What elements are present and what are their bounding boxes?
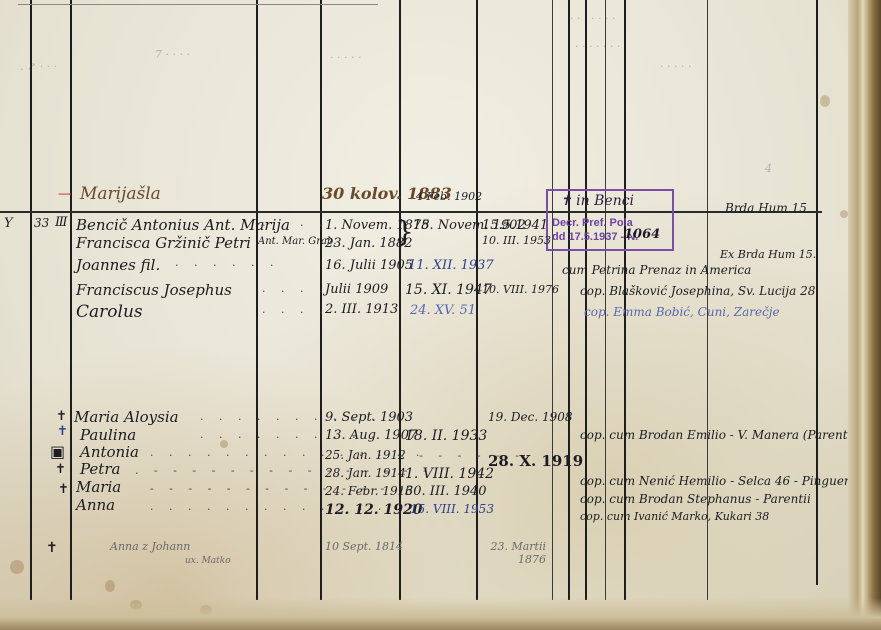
member-note: cop. Blašković Josephina, Sv. Lucija 28. bbox=[580, 284, 819, 298]
member-marriage: 1. VIII. 1942 bbox=[405, 466, 494, 482]
brace: } bbox=[396, 218, 414, 246]
member-name: Franciscus Josephus bbox=[76, 281, 232, 299]
bleed-through-text: . ↗ · · · bbox=[20, 60, 57, 73]
member-marriage: 15. VIII. 1953 bbox=[410, 502, 494, 516]
bleed-through-text: . . . . . bbox=[330, 48, 361, 61]
leader-dots: . . . . bbox=[262, 282, 328, 295]
member-birth: 9. Sept. 1903 bbox=[325, 410, 413, 425]
stain bbox=[840, 210, 848, 218]
column-rule bbox=[30, 0, 32, 600]
stain bbox=[10, 560, 24, 574]
member-death: 15.5.1941 bbox=[482, 218, 548, 233]
member-name: Bencič Antonius Ant. Marija bbox=[76, 216, 290, 234]
column-rule bbox=[552, 0, 553, 600]
header-rule bbox=[0, 211, 822, 213]
death-cross-icon: ✝ bbox=[56, 409, 67, 424]
member-note: Ex Brda Hum 15. bbox=[720, 248, 816, 261]
member-birth: 16. Julii 1905 bbox=[325, 258, 413, 273]
leader-dots: . . . . . . bbox=[175, 256, 279, 269]
top-rule bbox=[18, 4, 378, 5]
member-marriage: 15. XI. 1947 bbox=[405, 282, 492, 298]
death-cross-icon: ✝ bbox=[57, 424, 68, 439]
member-marriage: 18. II. 1933 bbox=[405, 428, 487, 444]
member-birth: Julii 1909 bbox=[325, 282, 388, 297]
red-dash: — bbox=[58, 186, 72, 202]
member-name: Maria bbox=[76, 478, 121, 496]
stamp-number: 1064 bbox=[624, 227, 660, 242]
leader-dots: . . . . bbox=[262, 216, 328, 229]
member-name: Maria Aloysia bbox=[74, 408, 179, 426]
footer-death: 23. Martii 1876 bbox=[486, 540, 546, 566]
death-cross-icon: ✝ bbox=[55, 462, 66, 477]
official-stamp: ✝ in Benci Decr. Pref. Pola dd 17.5.1937… bbox=[546, 189, 674, 251]
header-address: Brda Hum 15 bbox=[725, 201, 807, 215]
bleed-through-text: 4 bbox=[765, 162, 772, 175]
member-name: Paulina bbox=[80, 426, 136, 444]
member-birth: 13. Aug. 1907 bbox=[325, 428, 417, 443]
stain bbox=[820, 95, 830, 107]
member-note: cop. cum Brodan Emilio - V. Manera (Pare… bbox=[580, 428, 856, 442]
section-mark: Ⅲ bbox=[55, 215, 68, 230]
footer-sub: ux. Matko bbox=[185, 556, 231, 566]
member-birth: 12. 12. 1920 bbox=[325, 502, 422, 518]
page-bottom-shadow bbox=[0, 598, 881, 630]
column-rule bbox=[568, 0, 570, 600]
member-birth: 2. III. 1913 bbox=[325, 302, 398, 317]
member-birth: 25. Jan. 1912 bbox=[325, 448, 406, 462]
death-cross-icon: ✝ bbox=[58, 482, 69, 497]
member-name: Carolus bbox=[76, 302, 143, 322]
member-death: 10. VIII. 1976 bbox=[482, 283, 559, 296]
member-note: cop. cum Ivanić Marko, Kukari 38 bbox=[580, 510, 769, 523]
footer-name: Anna z Johann bbox=[110, 540, 190, 553]
bleed-through-text: 7 · · · · bbox=[155, 48, 190, 61]
bleed-through-text: · · · · · · · bbox=[570, 12, 615, 25]
footer-birth: 10 Sept. 1814 bbox=[325, 540, 403, 553]
member-marriage: 30. III. 1940 bbox=[405, 484, 487, 499]
page-edge bbox=[848, 0, 881, 630]
member-note: cum Petrina Prenaz in America bbox=[562, 263, 751, 277]
leader-dots: . . . . bbox=[262, 303, 328, 316]
cross-icon: ✝ bbox=[46, 540, 58, 556]
member-death: 28. X. 1919 bbox=[488, 452, 583, 470]
stain bbox=[105, 580, 115, 592]
stamp-handwritten: ✝ in Benci bbox=[560, 193, 634, 209]
member-birth: 28. Jan. 1914 bbox=[325, 466, 406, 480]
member-note: cop. cum Nenić Hemilio - Selca 46 - Ping… bbox=[580, 474, 860, 488]
bleed-through-text: · · · · · · · bbox=[575, 40, 620, 53]
member-marriage: 24. XV. 51 bbox=[410, 303, 476, 318]
grave-mark-icon: ▣ bbox=[50, 442, 65, 461]
member-note: cop. cum Brodan Stephanus - Parentii bbox=[580, 492, 811, 506]
member-birth: 24. Febr. 1916 bbox=[325, 484, 413, 498]
member-note: cop. Emma Bobić, Cuni, Zarečje bbox=[584, 305, 780, 319]
member-name: Petra bbox=[80, 460, 120, 478]
member-marriage: 11. XII. 1937 bbox=[408, 258, 494, 273]
surname-heading: Marijašla bbox=[80, 184, 161, 204]
member-name: Francisca Gržinič Petri bbox=[76, 234, 251, 252]
household-mark: Y bbox=[4, 216, 13, 231]
member-name: Antonia bbox=[80, 443, 139, 461]
header-date-2: 4 Feb. 1902 bbox=[416, 190, 482, 203]
bleed-through-text: · · · · · bbox=[660, 60, 691, 73]
stamp-line-1: Decr. Pref. Pola bbox=[552, 217, 633, 229]
column-rule bbox=[70, 0, 72, 600]
member-death: 10. III. 1953 bbox=[482, 234, 551, 247]
register-page: . ↗ · · · 7 · · · · . . . . . · · · · · … bbox=[0, 0, 862, 630]
member-death: 19. Dec. 1908 bbox=[488, 410, 573, 424]
member-name: Anna bbox=[76, 496, 115, 514]
member-name: Joannes fil. bbox=[76, 256, 160, 274]
house-number: 33 bbox=[34, 216, 49, 230]
